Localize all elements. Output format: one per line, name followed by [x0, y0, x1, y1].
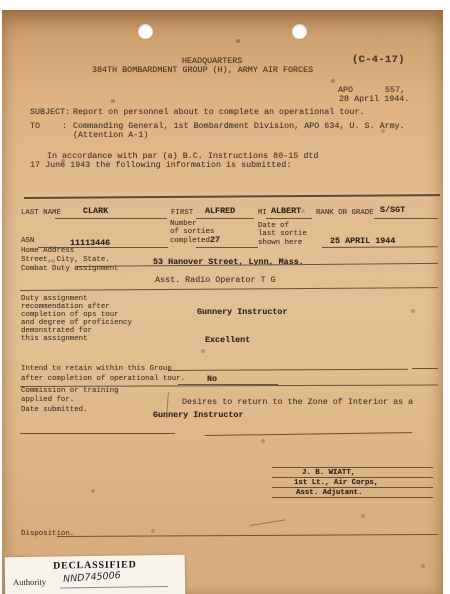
to-colon: :	[62, 122, 67, 131]
duty-rec-label-4: and degree of proficiency	[21, 319, 132, 327]
underline-sorties	[196, 247, 258, 248]
declassified-title: DECLASSIFIED	[5, 559, 185, 573]
signature-rule-3	[272, 487, 433, 488]
sorties-label-2: of sorties	[170, 228, 214, 236]
declassified-stamp: DECLASSIFIED Authority NND745006	[5, 555, 186, 594]
signature-rule-2	[272, 477, 433, 478]
duty-rec-label-3: completion of ops tour	[21, 311, 119, 319]
underline-retain-2	[412, 368, 438, 369]
sorties-label-1: Number	[170, 220, 197, 228]
rule-bottom-right	[205, 432, 412, 436]
combat-duty-label: Combat Duty assignment	[21, 265, 119, 273]
underline-rank	[374, 218, 438, 219]
last-sortie-value: 25 APRIL 1944	[330, 237, 395, 246]
address-label-2: Street, City, State.	[21, 256, 110, 264]
duty-rec-label-6: this assignment	[21, 335, 88, 343]
commission-label-3: Date submitted.	[21, 406, 88, 414]
duty-recommendation-value: Gunnery Instructor	[197, 308, 287, 317]
last-name-value: CLARK	[83, 207, 108, 216]
retain-answer: No	[207, 375, 217, 384]
middle-initial-label: MI	[258, 209, 267, 217]
signature-name: J. B. WIATT,	[302, 469, 355, 477]
hole-punch-left	[138, 24, 153, 39]
first-name-label: FIRST	[171, 209, 193, 217]
unit-line: 384TH BOMBARDMENT GROUP (H), ARMY AIR FO…	[92, 66, 313, 75]
rule-bottom-left	[20, 433, 175, 434]
subject-label: SUBJECT:	[30, 108, 70, 117]
subject-text: Report on personnel about to complete an…	[73, 108, 365, 117]
document-paper: HEADQUARTERS 384TH BOMBARDMENT GROUP (H)…	[2, 10, 443, 594]
asn-label: ASN	[21, 237, 34, 245]
middle-name-value: ALBERT	[271, 207, 301, 216]
last-sortie-label-1: Date of	[258, 222, 289, 230]
authority-underline	[60, 586, 168, 589]
underline-last-sortie	[322, 246, 438, 248]
last-sortie-label-3: shown here	[258, 239, 302, 247]
retain-label-2: after completion of operational tour.	[21, 375, 185, 383]
sorties-label-3: completed	[170, 237, 210, 245]
signature-rule-4	[272, 497, 433, 498]
underline-last-name	[55, 218, 167, 219]
sorties-value: 27	[210, 236, 220, 245]
address-label-1: Home Address	[21, 247, 74, 255]
rule-combat-duty	[20, 287, 438, 291]
disposition-line	[57, 534, 438, 537]
authority-label: Authority	[13, 577, 46, 587]
to-attention: (Attention A-1)	[73, 131, 148, 140]
combat-duty-value: Asst. Radio Operator T G	[155, 276, 276, 285]
scanned-document: HEADQUARTERS 384TH BOMBARDMENT GROUP (H)…	[0, 0, 450, 594]
document-date: 28 April 1944.	[339, 95, 409, 104]
commission-answer-1: Desires to return to the Zone of Interio…	[182, 398, 413, 407]
underline-first-name	[196, 218, 254, 219]
retain-label-1: Intend to retain within this Group	[21, 365, 172, 373]
commission-label-1: Commission or training	[21, 387, 119, 395]
duty-rec-label-5: demonstrated for	[21, 327, 92, 335]
to-label: TO	[30, 122, 40, 131]
authority-value-handwritten: NND745006	[63, 570, 121, 585]
signature-rule-1	[272, 467, 433, 468]
rank-value: S/SGT	[380, 206, 405, 215]
underline-retain-1	[168, 369, 408, 371]
duty-rec-label-2: recommendation after	[21, 303, 110, 311]
paragraph-line-2: 17 June 1943 the following information i…	[30, 161, 291, 170]
commission-label-2: applied for.	[21, 396, 74, 404]
hole-punch-right	[292, 24, 307, 39]
rank-label: RANK OR GRADE	[316, 209, 374, 217]
signature-rank: 1st Lt., Air Corps,	[294, 479, 378, 487]
paper-speckles	[2, 10, 4, 12]
pen-mark-diagonal	[250, 519, 286, 526]
signature-title: Asst. Adjutant.	[296, 489, 363, 497]
last-name-label: LAST NAME	[21, 209, 61, 217]
proficiency-value: Excellent	[205, 336, 250, 345]
first-name-value: ALFRED	[205, 207, 235, 216]
underline-middle-name	[266, 218, 312, 219]
last-sortie-label-2: last sortie	[258, 230, 307, 238]
section-rule-top	[24, 194, 440, 199]
file-reference: (C-4-17)	[352, 56, 405, 65]
duty-rec-label-1: Duty assignment	[21, 295, 88, 303]
